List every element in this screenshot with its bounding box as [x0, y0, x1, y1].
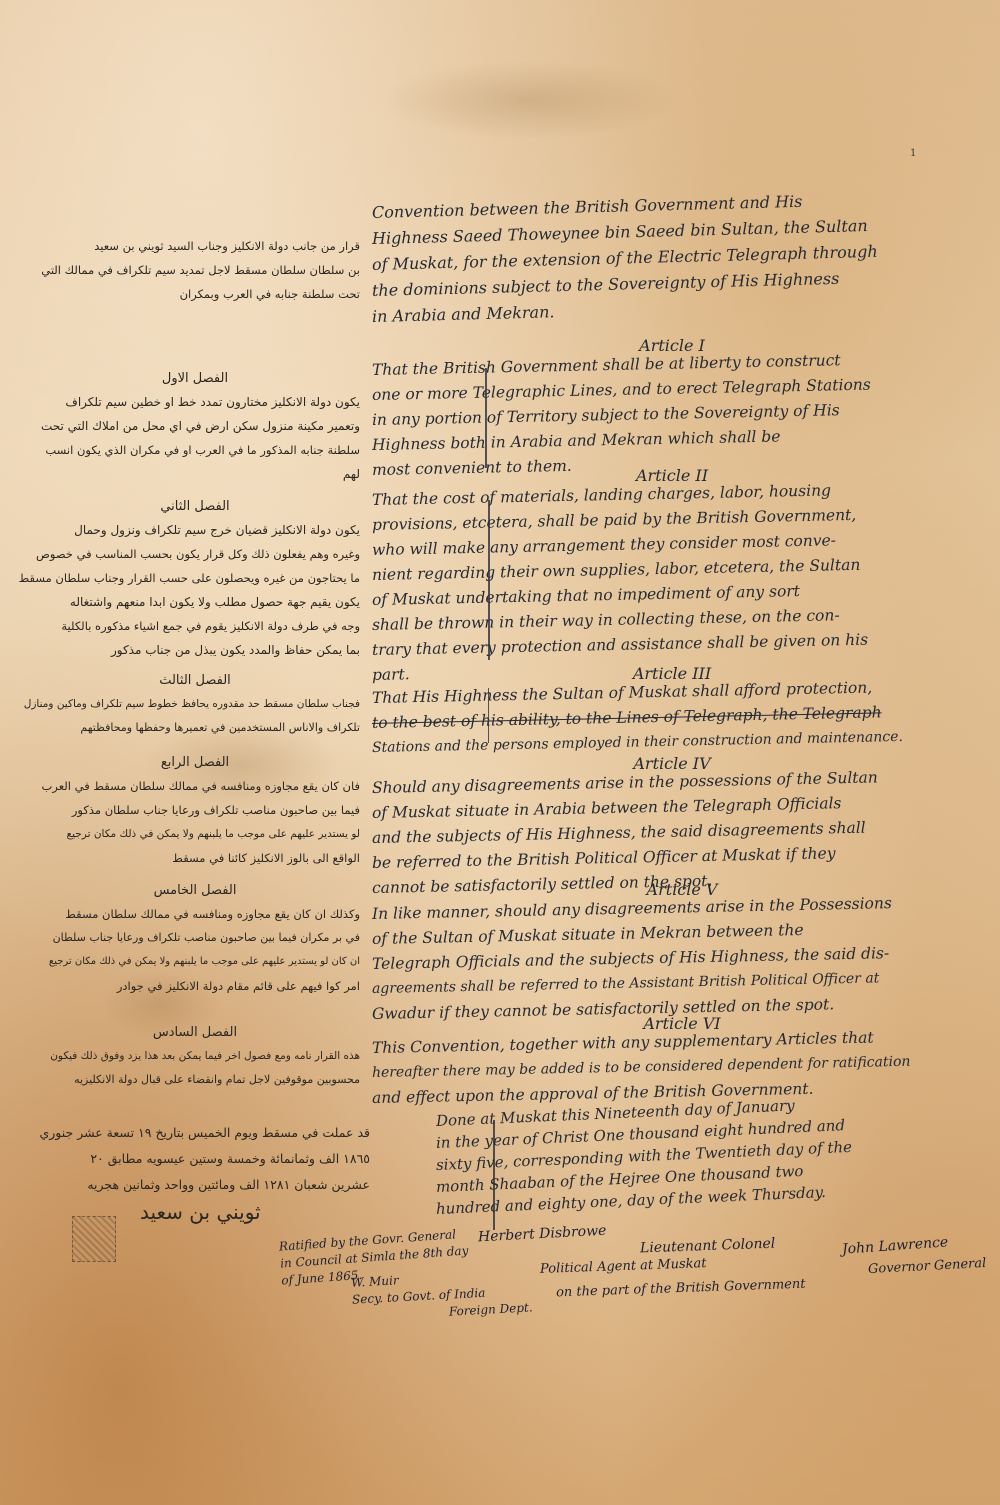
arabic-date-block: قد عملت في مسقط ويوم الخميس بتاريخ ١٩ تس…: [40, 1120, 370, 1198]
arabic-line: تلكراف والاناس المستخدمين في تعميرها وحف…: [30, 716, 360, 740]
english-title: Convention between the British Governmen…: [372, 200, 972, 330]
arabic-line: لهم: [30, 462, 360, 486]
arabic-line: يكون يقيم جهة حصول مطلب ولا يكون ابدا من…: [30, 590, 360, 614]
arabic-line: محسوبين موقوفين لاجل تمام وانقضاء على قب…: [30, 1068, 360, 1092]
arabic-line: يكون دولة الانكليز مختارون تمدد خط او خط…: [30, 390, 360, 414]
arabic-heading: الفصل الثاني: [30, 496, 360, 518]
arabic-date-line: قد عملت في مسقط ويوم الخميس بتاريخ ١٩ تس…: [40, 1120, 370, 1146]
john-lawrence-signature: John Lawrence: [841, 1232, 948, 1259]
arabic-section-4: الفصل الرابع فان كان يقع مجاوزه ومنافسه …: [30, 752, 360, 870]
arabic-section-2: الفصل الثاني يكون دولة الانكليز قضيان خر…: [30, 496, 360, 662]
margin-rule: [485, 368, 487, 468]
margin-rule: [488, 500, 490, 660]
arabic-preamble: قرار من جانب دولة الانكليز وجناب السيد ث…: [40, 234, 360, 306]
arabic-heading: الفصل الاول: [30, 368, 360, 390]
arabic-line: ان كان لو يستدير عليهم على موجب ما يلبنه…: [30, 950, 360, 974]
secretary-signature: W. Muir Secy. to Govt. of India Foreign …: [351, 1265, 533, 1325]
sultan-signature: ثويني بن سعيد: [140, 1200, 261, 1224]
arabic-line: قرار من جانب دولة الانكليز وجناب السيد ث…: [40, 234, 360, 258]
arabic-line: في بر مكران فيما بين صاحبون مناصب تلكراف…: [30, 926, 360, 950]
arabic-line: فجناب سلطان مسقط حد مقدوره يحافظ خطوط سي…: [30, 692, 360, 716]
arabic-line: وتعمير مكينة منزول سكن ارض في اي محل من …: [30, 414, 360, 438]
arabic-line: هذه القرار نامه ومع فصول اخر فيما يمكن ب…: [30, 1044, 360, 1068]
arabic-line: لو يستدير عليهم على موجب ما يلبنهم ولا ي…: [30, 822, 360, 846]
margin-rule: [488, 688, 489, 743]
arabic-line: وكذلك ان كان يقع مجاوزه ومنافسه في ممالك…: [30, 902, 360, 926]
herbert-title: Lieutenant Colonel: [640, 1234, 776, 1259]
arabic-section-6: الفصل السادس هذه القرار نامه ومع فصول اخ…: [30, 1022, 360, 1092]
arabic-heading: الفصل الثالث: [30, 670, 360, 692]
arabic-line: وغيره وهم يفعلون ذلك وكل قرار يكون بحسب …: [30, 542, 360, 566]
herbert-part: on the part of the British Government: [556, 1276, 806, 1302]
arabic-line: امر كوا فيهم على قائم مقام دولة الانكليز…: [30, 974, 360, 998]
arabic-line: فيما بين صاحبون مناصب تلكراف ورعايا جناب…: [30, 798, 360, 822]
herbert-disbrowe-signature: Herbert Disbrowe: [478, 1221, 607, 1248]
herbert-role: Political Agent at Muskat: [540, 1255, 707, 1278]
article-5: Article V In like manner, should any dis…: [372, 878, 992, 1027]
arabic-date-line: عشرين شعبان ١٢٨١ الف ومائتين وواحد وثمان…: [40, 1172, 370, 1198]
page-number-mark: 1: [910, 148, 916, 159]
arabic-section-1: الفصل الاول يكون دولة الانكليز مختارون ت…: [30, 368, 360, 486]
article-1: Article I That the British Government sh…: [372, 334, 972, 483]
arabic-date-line: ١٨٦٥ الف وثمانمائة وخمسة وستين عيسويه مط…: [40, 1146, 370, 1172]
article-3: Article III That His Highness the Sultan…: [372, 662, 972, 761]
arabic-heading: الفصل الخامس: [30, 880, 360, 902]
paper-stain: [380, 60, 680, 140]
article-2: Article II That the cost of materials, l…: [372, 464, 972, 688]
arabic-line: تحت سلطنة جنابه في العرب وبمكران: [40, 282, 360, 306]
arabic-line: ما يحتاجون من غيره ويحصلون على حسب القرا…: [30, 566, 360, 590]
arabic-section-3: الفصل الثالث فجناب سلطان مسقط حد مقدوره …: [30, 670, 360, 740]
arabic-line: الواقع الى بالوز الانكليز كائنا في مسقط: [30, 846, 360, 870]
seal-stamp-icon: [72, 1216, 116, 1262]
arabic-heading: الفصل السادس: [30, 1022, 360, 1044]
done-at-paragraph: Done at Muskat this Nineteenth day of Ja…: [436, 1110, 852, 1220]
arabic-line: بما يمكن حفاظ والمدد يكون يبذل من جناب م…: [30, 638, 360, 662]
arabic-line: يكون دولة الانكليز قضيان خرج سيم تلكراف …: [30, 518, 360, 542]
article-6: Article VI This Convention, together wit…: [372, 1012, 992, 1111]
arabic-section-5: الفصل الخامس وكذلك ان كان يقع مجاوزه ومن…: [30, 880, 360, 998]
arabic-line: وجه في طرف دولة الانكليز يقوم في جمع اشي…: [30, 614, 360, 638]
arabic-heading: الفصل الرابع: [30, 752, 360, 774]
arabic-line: بن سلطان سلطان مسقط لاجل تمديد سيم تلكرا…: [40, 258, 360, 282]
lawrence-title: Governor General: [868, 1255, 987, 1278]
arabic-line: سلطنة جنابه المذكور ما في العرب او في مك…: [30, 438, 360, 462]
secretary-line: Foreign Dept.: [448, 1299, 533, 1320]
arabic-line: فان كان يقع مجاوزه ومنافسه في ممالك سلطا…: [30, 774, 360, 798]
